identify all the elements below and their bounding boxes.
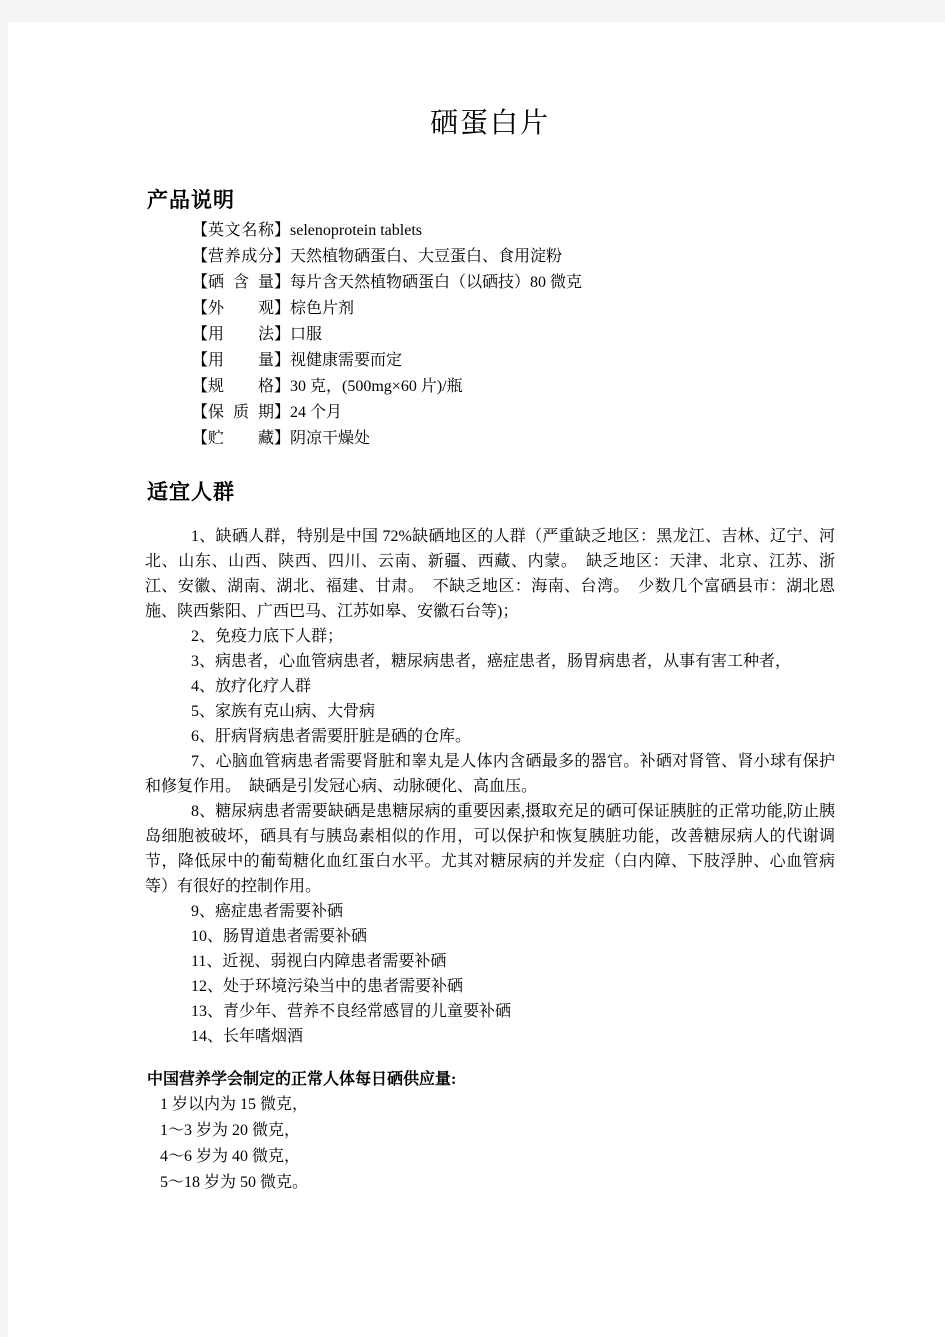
spec-bracket-open: 【 <box>192 248 208 265</box>
audience-item: 12、处于环境污染当中的患者需要补硒 <box>145 974 835 999</box>
spec-value: 30 克，(500mg×60 片)/瓶 <box>290 378 463 395</box>
dosage-line: 1 岁以内为 15 微克， <box>160 1092 835 1118</box>
spec-line: 【外观】棕色片剂 <box>192 296 835 322</box>
dosage-line: 5～18 岁为 50 微克。 <box>160 1170 835 1196</box>
audience-item: 14、长年嗜烟酒 <box>145 1024 835 1049</box>
spec-line: 【保质期】24 个月 <box>192 400 835 426</box>
spec-bracket-close: 】 <box>274 326 290 343</box>
spec-bracket-open: 【 <box>192 274 208 291</box>
audience-section-heading: 适宜人群 <box>147 478 835 506</box>
spec-bracket-open: 【 <box>192 378 208 395</box>
spec-bracket-open: 【 <box>192 352 208 369</box>
document-title: 硒蛋白片 <box>145 106 835 142</box>
spec-value: 天然植物硒蛋白、大豆蛋白、食用淀粉 <box>290 248 562 265</box>
spec-label: 硒含量 <box>208 270 274 296</box>
audience-item: 9、癌症患者需要补硒 <box>145 899 835 924</box>
audience-item: 7、心脑血管病患者需要肾脏和睾丸是人体内含硒最多的器官。补硒对肾管、肾小球有保护… <box>145 749 835 799</box>
spec-bracket-close: 】 <box>274 222 290 239</box>
audience-item: 6、肝病肾病患者需要肝脏是硒的仓库。 <box>145 724 835 749</box>
dosage-list: 1 岁以内为 15 微克，1～3 岁为 20 微克，4～6 岁为 40 微克，5… <box>160 1092 835 1196</box>
spec-bracket-open: 【 <box>192 222 208 239</box>
spec-value: selenoprotein tablets <box>290 222 422 239</box>
spec-bracket-close: 】 <box>274 248 290 265</box>
spec-value: 阴凉干燥处 <box>290 430 370 447</box>
spec-line: 【硒含量】每片含天然植物硒蛋白（以硒技）80 微克 <box>192 270 835 296</box>
spec-bracket-close: 】 <box>274 274 290 291</box>
spec-value: 棕色片剂 <box>290 300 354 317</box>
document-page: 硒蛋白片 产品说明 【英文名称】selenoprotein tablets【营养… <box>8 22 945 1337</box>
product-spec-list: 【英文名称】selenoprotein tablets【营养成分】天然植物硒蛋白… <box>192 218 835 452</box>
spec-label: 贮藏 <box>208 426 274 452</box>
dosage-line: 1～3 岁为 20 微克， <box>160 1118 835 1144</box>
spec-bracket-open: 【 <box>192 404 208 421</box>
document-content: 硒蛋白片 产品说明 【英文名称】selenoprotein tablets【营养… <box>145 106 835 1196</box>
audience-item: 8、糖尿病患者需要缺硒是患糖尿病的重要因素,摄取充足的硒可保证胰脏的正常功能,防… <box>145 799 835 899</box>
spec-value: 每片含天然植物硒蛋白（以硒技）80 微克 <box>290 274 582 291</box>
spec-bracket-open: 【 <box>192 300 208 317</box>
spec-label: 保质期 <box>208 400 274 426</box>
audience-item: 4、放疗化疗人群 <box>145 674 835 699</box>
spec-value: 视健康需要而定 <box>290 352 402 369</box>
spec-bracket-open: 【 <box>192 326 208 343</box>
spec-line: 【规格】30 克，(500mg×60 片)/瓶 <box>192 374 835 400</box>
audience-item: 1、缺硒人群，特别是中国 72%缺硒地区的人群（严重缺乏地区：黑龙江、吉林、辽宁… <box>145 524 835 624</box>
spec-line: 【用量】视健康需要而定 <box>192 348 835 374</box>
spec-bracket-close: 】 <box>274 378 290 395</box>
audience-item: 5、家族有克山病、大骨病 <box>145 699 835 724</box>
audience-item: 10、肠胃道患者需要补硒 <box>145 924 835 949</box>
spec-line: 【营养成分】天然植物硒蛋白、大豆蛋白、食用淀粉 <box>192 244 835 270</box>
spec-bracket-close: 】 <box>274 430 290 447</box>
product-section-heading: 产品说明 <box>147 186 835 214</box>
dosage-line: 4～6 岁为 40 微克， <box>160 1144 835 1170</box>
spec-label: 英文名称 <box>208 218 274 244</box>
spec-value: 24 个月 <box>290 404 342 421</box>
audience-item: 13、青少年、营养不良经常感冒的儿童要补硒 <box>145 999 835 1024</box>
spec-label: 外观 <box>208 296 274 322</box>
audience-list: 1、缺硒人群，特别是中国 72%缺硒地区的人群（严重缺乏地区：黑龙江、吉林、辽宁… <box>145 524 835 1049</box>
audience-item: 11、近视、弱视白内障患者需要补硒 <box>145 949 835 974</box>
spec-label: 用量 <box>208 348 274 374</box>
spec-bracket-open: 【 <box>192 430 208 447</box>
audience-item: 3、病患者，心血管病患者，糖尿病患者，癌症患者，肠胃病患者，从事有害工种者， <box>145 649 835 674</box>
spec-line: 【用法】口服 <box>192 322 835 348</box>
spec-line: 【贮藏】阴凉干燥处 <box>192 426 835 452</box>
spec-line: 【英文名称】selenoprotein tablets <box>192 218 835 244</box>
spec-value: 口服 <box>290 326 322 343</box>
spec-bracket-close: 】 <box>274 404 290 421</box>
dosage-section-heading: 中国营养学会制定的正常人体每日硒供应量: <box>147 1067 835 1092</box>
spec-label: 用法 <box>208 322 274 348</box>
spec-bracket-close: 】 <box>274 352 290 369</box>
audience-item: 2、免疫力底下人群； <box>145 624 835 649</box>
spec-bracket-close: 】 <box>274 300 290 317</box>
spec-label: 规格 <box>208 374 274 400</box>
spec-label: 营养成分 <box>208 244 274 270</box>
